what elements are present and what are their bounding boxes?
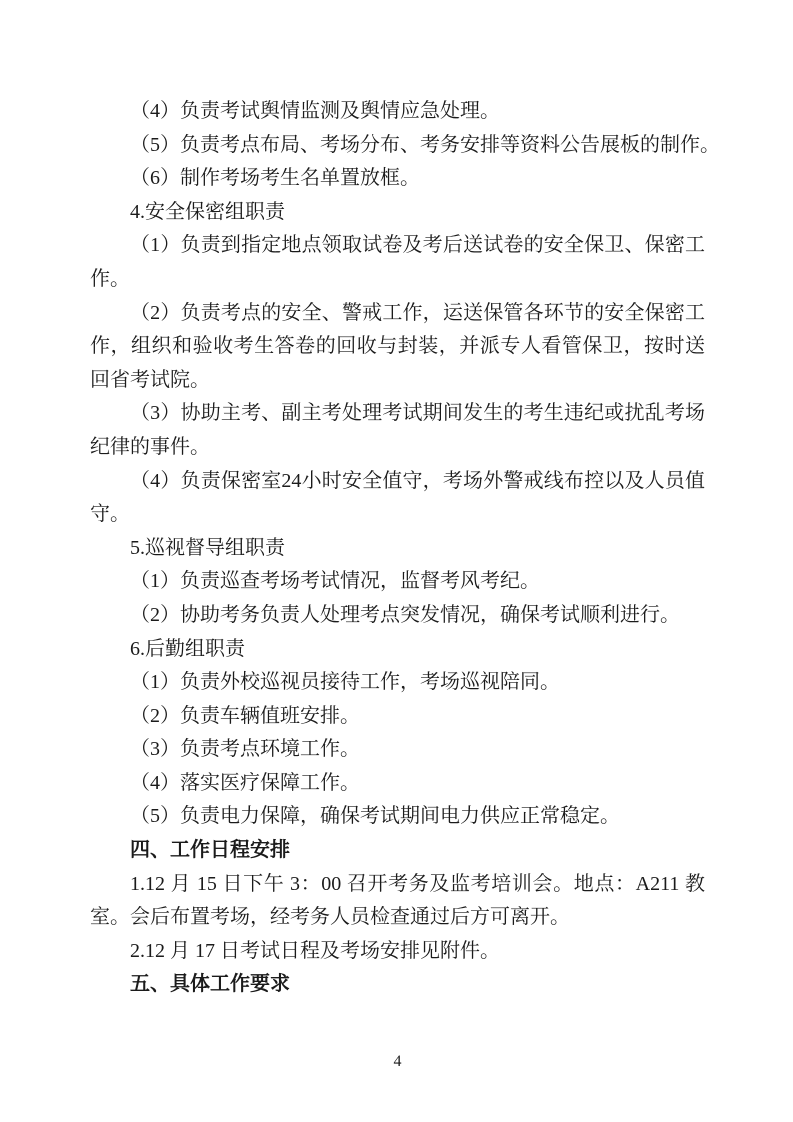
- paragraph-body: 2.12 月 17 日考试日程及考场安排见附件。: [90, 935, 705, 969]
- paragraph-sub-item: （4）负责保密室24小时安全值守，考场外警戒线布控以及人员值守。: [90, 465, 705, 532]
- section-heading-specific-requirements: 五、具体工作要求: [90, 968, 705, 1002]
- paragraph-numbered-item: 5.巡视督导组职责: [90, 532, 705, 566]
- paragraph-numbered-item: 6.后勤组职责: [90, 633, 705, 667]
- document-page: （4）负责考试舆情监测及舆情应急处理。 （5）负责考点布局、考场分布、考务安排等…: [0, 0, 793, 1122]
- paragraph-sub-item: （4）落实医疗保障工作。: [90, 767, 705, 801]
- paragraph-sub-item: （6）制作考场考生名单置放框。: [90, 162, 705, 196]
- paragraph-sub-item: （5）负责考点布局、考场分布、考务安排等资料公告展板的制作。: [90, 129, 705, 163]
- paragraph-numbered-item: 4.安全保密组职责: [90, 196, 705, 230]
- paragraph-sub-item: （5）负责电力保障，确保考试期间电力供应正常稳定。: [90, 800, 705, 834]
- paragraph-sub-item: （3）负责考点环境工作。: [90, 733, 705, 767]
- page-footer: 4: [90, 1050, 705, 1074]
- paragraph-sub-item: （3）协助主考、副主考处理考试期间发生的考生违纪或扰乱考场纪律的事件。: [90, 397, 705, 464]
- paragraph-sub-item: （2）负责考点的安全、警戒工作，运送保管各环节的安全保密工作，组织和验收考生答卷…: [90, 297, 705, 398]
- paragraph-sub-item: （2）协助考务负责人处理考点突发情况，确保考试顺利进行。: [90, 599, 705, 633]
- paragraph-sub-item: （1）负责到指定地点领取试卷及考后送试卷的安全保卫、保密工作。: [90, 229, 705, 296]
- paragraph-sub-item: （1）负责巡查考场考试情况，监督考风考纪。: [90, 565, 705, 599]
- paragraph-sub-item: （4）负责考试舆情监测及舆情应急处理。: [90, 95, 705, 129]
- paragraph-sub-item: （1）负责外校巡视员接待工作，考场巡视陪同。: [90, 666, 705, 700]
- document-body: （4）负责考试舆情监测及舆情应急处理。 （5）负责考点布局、考场分布、考务安排等…: [90, 95, 705, 1002]
- section-heading-work-schedule: 四、工作日程安排: [90, 834, 705, 868]
- paragraph-body: 1.12 月 15 日下午 3：00 召开考务及监考培训会。地点：A211 教室…: [90, 868, 705, 935]
- paragraph-sub-item: （2）负责车辆值班安排。: [90, 700, 705, 734]
- page-number: 4: [394, 1053, 402, 1070]
